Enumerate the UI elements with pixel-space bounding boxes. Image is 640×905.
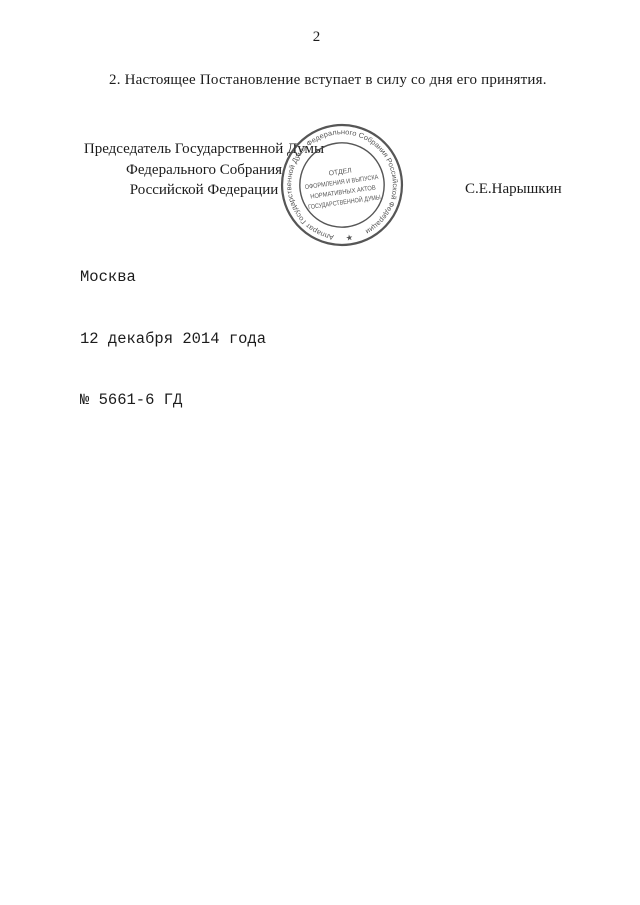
page-number: 2 — [0, 29, 633, 46]
stamp-star-separator: ★ — [345, 233, 353, 243]
body-paragraph: 2. Настоящее Постановление вступает в си… — [80, 70, 558, 90]
issuance-date: 12 декабря 2014 года — [80, 329, 266, 350]
stamp-center-text: ОТДЕЛ ОФОРМЛЕНИЯ И ВЫПУСКА НОРМАТИВНЫХ А… — [303, 164, 382, 212]
issuance-block: Москва 12 декабря 2014 года № 5661-6 ГД — [80, 226, 266, 452]
stamp-center-line-1: ОТДЕЛ — [328, 167, 352, 177]
signatory-name: С.Е.Нарышкин — [465, 181, 562, 198]
document-page: 2 2. Настоящее Постановление вступает в … — [0, 0, 640, 905]
issuance-city: Москва — [80, 267, 266, 288]
stamp-seal: Аппарат Государственной Думы Федеральног… — [271, 114, 413, 256]
document-number: № 5661-6 ГД — [80, 390, 266, 411]
